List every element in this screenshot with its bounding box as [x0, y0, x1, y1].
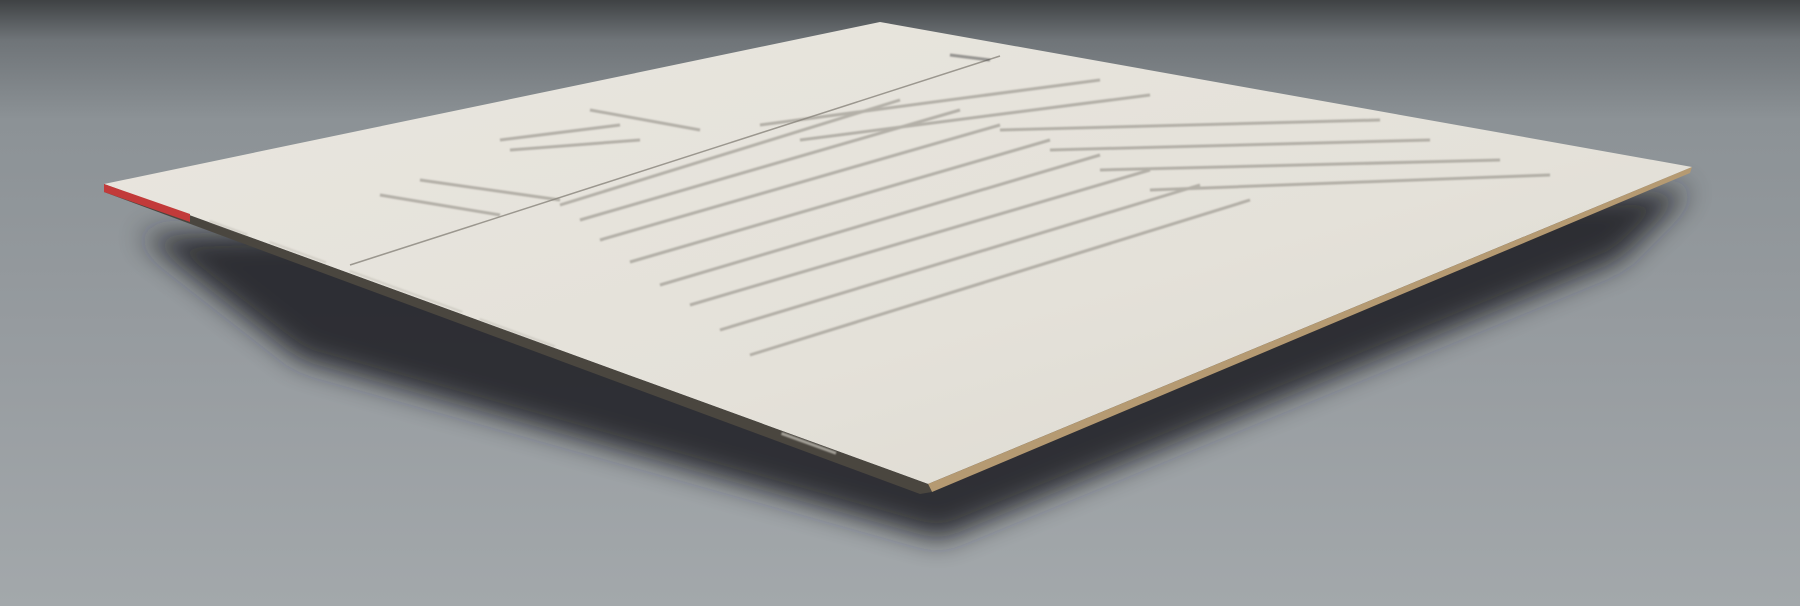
photo-scene: SO-??? ??? ???-11 — [0, 0, 1800, 606]
record-jacket-photo — [0, 0, 1800, 606]
jacket-surface — [104, 22, 1692, 484]
